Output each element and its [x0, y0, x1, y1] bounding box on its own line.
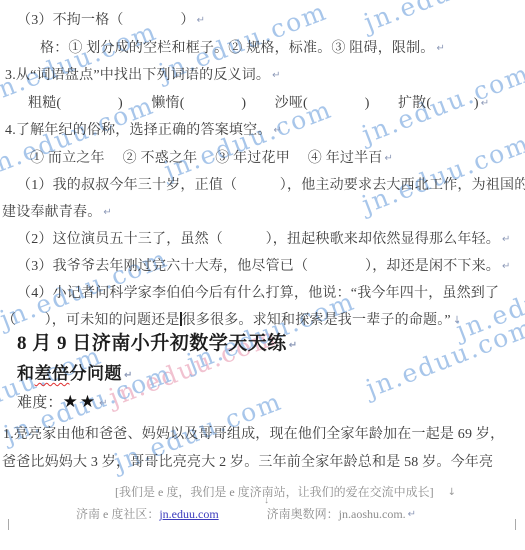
line-q3-words: 粗糙( ) 懒惰( ) 沙哑( ) 扩散( )↵ [28, 92, 489, 112]
line-ge-definitions: 格：① 划分成的空栏和框子。② 规格，标准。③ 阻碍，限制。↵ [40, 37, 445, 57]
line-q4-sub1: （1）我的叔叔今年三十岁，正值（ ），他主动要求去大西北工作，为祖国的 [17, 174, 525, 194]
paragraph-mark: ↵ [289, 340, 298, 351]
aoshu-site: jn.aoshu.com. [339, 507, 406, 521]
text-run: （3）不拘一格（ ） [17, 13, 195, 28]
text-run: 爸爸比妈妈大 3 岁，哥哥比亮亮大 2 岁。三年前全家年龄总和是 58 岁。今年… [2, 455, 493, 470]
community-label: 济南 e 度社区： [76, 507, 159, 521]
difficulty-label: 难度： [17, 395, 63, 411]
text-run: （3）我爷爷去年刚过完六十大寿，他尽管已（ ），却还是闲不下来。 [17, 259, 500, 274]
line-q4-options: ① 而立之年 ② 不惑之年 ③ 年过花甲 ④ 年过半百↵ [30, 147, 393, 167]
paragraph-mark: ↵ [502, 234, 511, 245]
paragraph-mark: ↵ [481, 98, 490, 109]
paragraph-mark: ↵ [99, 398, 108, 409]
paragraph-mark: ↵ [437, 43, 446, 54]
paragraph-mark: ↵ [197, 15, 206, 26]
line-problem1-a: 1.亮亮家由他和爸爸、妈妈以及哥哥组成，现在他们全家年龄加在一起是 69 岁， [3, 423, 504, 443]
line-q4-sub1-cont: 建设奉献青春。↵ [2, 201, 112, 221]
text-run: （4）小记者问科学家李伯伯今后有什么打算，他说：“我今年四十，虽然到了 [17, 286, 499, 301]
aoshu-label: 济南奥数网： [267, 507, 339, 521]
footer-slogan: [我们是 e 度，我们是 e 度济南站，让我们的爱在交流中成长]↓ [115, 483, 456, 500]
line-q2-item3: （3）不拘一格（ ）↵ [17, 9, 205, 29]
line-q4-sub4: （4）小记者问科学家李伯伯今后有什么打算，他说：“我今年四十，虽然到了 [17, 282, 499, 302]
watermark-text: jn.eduu.com [360, 0, 525, 37]
text-run: 建设奉献青春。 [2, 205, 101, 220]
line-problem1-b: 爸爸比妈妈大 3 岁，哥哥比亮亮大 2 岁。三年前全家年龄总和是 58 岁。今年… [2, 451, 493, 471]
margin-marker-left [8, 519, 9, 530]
text-run: 很多很多。求知和探索是我一辈子的命题。” [182, 313, 451, 328]
line-q3-title: 3.从“词语盘点”中找出下列词语的反义词。↵ [5, 64, 281, 84]
star-icons: ★★ [63, 392, 97, 411]
footer-links: 济南 e 度社区：jn.eduu.com济南奥数网：jn.aoshu.com.↵ [76, 505, 416, 522]
paragraph-mark: ↵ [408, 509, 416, 520]
paragraph-mark: ↵ [103, 207, 112, 218]
paragraph-mark: ↵ [272, 70, 281, 81]
line-difficulty: 难度：★★↵ [17, 391, 108, 412]
text-run: ① 而立之年 ② 不惑之年 ③ 年过花甲 ④ 年过半百 [30, 151, 383, 166]
text-run: 粗糙( ) 懒惰( ) 沙哑( ) 扩散( ) [28, 96, 479, 111]
heading-date-title: 8 月 9 日济南小升初数学天天练↵ [17, 328, 298, 355]
paragraph-mark: ↵ [274, 125, 283, 136]
text-run: 1.亮亮家由他和爸爸、妈妈以及哥哥组成，现在他们全家年龄加在一起是 69 岁， [3, 427, 504, 442]
text-run: 8 月 9 日济南小升初数学天天练 [17, 333, 287, 354]
line-break-mark: ↓ [453, 315, 462, 326]
text-run: （ ），可未知的问题还是 [2, 313, 180, 328]
line-q4-sub4-cont: （ ），可未知的问题还是很多很多。求知和探索是我一辈子的命题。”↓ [2, 309, 461, 329]
spellcheck-squiggle-text: 差倍 [35, 364, 70, 383]
footer-slogan-text: [我们是 e 度，我们是 e 度济南站，让我们的爱在交流中成长] [115, 485, 434, 499]
line-q4-sub2: （2）这位演员五十三了，虽然（ ），扭起秧歌来却依然显得那么年轻。↵ [17, 228, 511, 248]
paragraph-mark: ↵ [124, 370, 133, 381]
text-run: 和 [17, 364, 35, 383]
line-q4-title: 4.了解年纪的俗称，选择正确的答案填空。↵ [5, 119, 282, 139]
paragraph-mark: ↵ [385, 153, 394, 164]
line-q4-sub3: （3）我爷爷去年刚过完六十大寿，他尽管已（ ），却还是闲不下来。↵ [17, 255, 511, 275]
text-run: 格：① 划分成的空栏和框子。② 规格，标准。③ 阻碍，限制。 [40, 41, 435, 56]
document-page: jn.eduu.comjn.eduu.comjn.eduu.comjn.eduu… [0, 0, 525, 550]
community-link[interactable]: jn.eduu.com [159, 507, 218, 521]
text-run: （2）这位演员五十三了，虽然（ ），扭起秧歌来却依然显得那么年轻。 [17, 232, 500, 247]
text-run: 分问题 [70, 364, 123, 383]
text-run: 4.了解年纪的俗称，选择正确的答案填空。 [5, 123, 272, 138]
paragraph-mark: ↵ [502, 261, 511, 272]
line-break-mark: ↓ [448, 487, 456, 498]
text-run: （1）我的叔叔今年三十岁，正值（ ），他主动要求去大西北工作，为祖国的 [17, 178, 525, 193]
heading-topic: 和差倍分问题↵ [17, 359, 133, 384]
margin-marker-right [515, 519, 516, 530]
text-run: 3.从“词语盘点”中找出下列词语的反义词。 [5, 68, 270, 83]
